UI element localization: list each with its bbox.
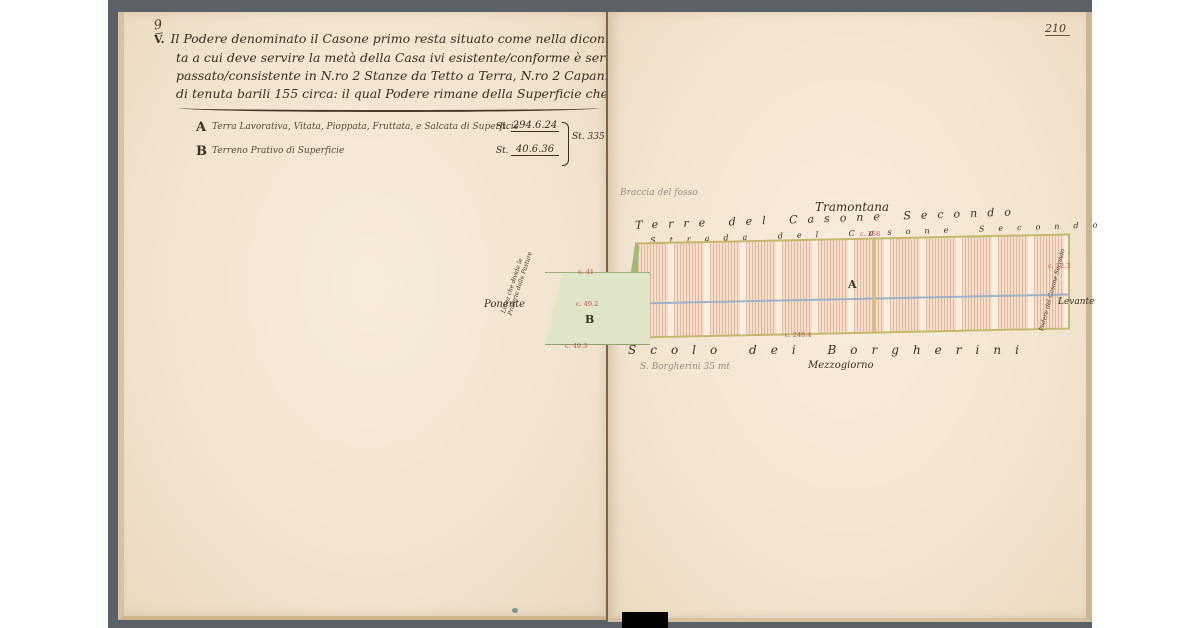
bottom-boundary-label: Scolo dei Borgherini xyxy=(628,343,1033,357)
ink-stain xyxy=(512,608,518,613)
parcel-a-map-area: A xyxy=(635,233,1070,338)
pencil-note: Braccia del fosso xyxy=(620,188,698,198)
parcel-a-label: A xyxy=(848,278,857,291)
measurement-label: c. 49.3 xyxy=(565,342,587,350)
measurement-label: c. 12.3 xyxy=(1048,262,1070,270)
parcel-b-label: B xyxy=(585,313,594,326)
parcel-letter: A xyxy=(196,120,206,135)
decorative-flourish xyxy=(179,104,599,112)
measurement-label: c. 49.2 xyxy=(576,300,598,308)
total-bracket xyxy=(562,122,569,166)
parcel-letter: B xyxy=(196,144,207,159)
unit: St. xyxy=(496,122,509,132)
compass-south-label: Mezzogiorno xyxy=(808,360,874,371)
measurement-label: c. 248.4 xyxy=(785,331,811,339)
table-row: A Terra Lavorativa, Vitata, Pioppata, Fr… xyxy=(196,118,606,142)
parcel-b-outline xyxy=(545,272,650,345)
unit: St. xyxy=(496,146,509,156)
area-table: A Terra Lavorativa, Vitata, Pioppata, Fr… xyxy=(196,118,606,166)
paragraph-line: di tenuta barili 155 circa: il qual Pode… xyxy=(154,85,609,103)
paragraph-line: ta a cui deve servire la metà della Casa… xyxy=(154,49,609,67)
pencil-note: S. Borgherini 35 mt xyxy=(640,362,730,372)
paragraph-line: passato/consistente in N.ro 2 Stanze da … xyxy=(154,67,609,85)
compass-east-label: Levante xyxy=(1058,297,1095,307)
parcel-area: 40.6.36 xyxy=(511,144,559,156)
left-page: 9 V.Il Podere denominato il Casone primo… xyxy=(118,12,612,620)
description-paragraph: V.Il Podere denominato il Casone primo r… xyxy=(154,30,609,103)
division-line xyxy=(873,240,875,332)
table-row: B Terreno Prativo di Superficie St. 40.6… xyxy=(196,142,606,166)
parcel-area: 294.6.24 xyxy=(511,120,559,132)
page-edge-shadow xyxy=(622,612,668,628)
entry-marker: V. xyxy=(154,33,164,46)
parcel-description: Terreno Prativo di Superficie xyxy=(212,146,344,156)
parcel-description: Terra Lavorativa, Vitata, Pioppata, Frut… xyxy=(212,122,519,132)
measurement-label: c. 41 xyxy=(578,268,594,276)
paragraph-line: V.Il Podere denominato il Casone primo r… xyxy=(154,30,609,49)
page-number-right: 210 xyxy=(1045,22,1070,36)
